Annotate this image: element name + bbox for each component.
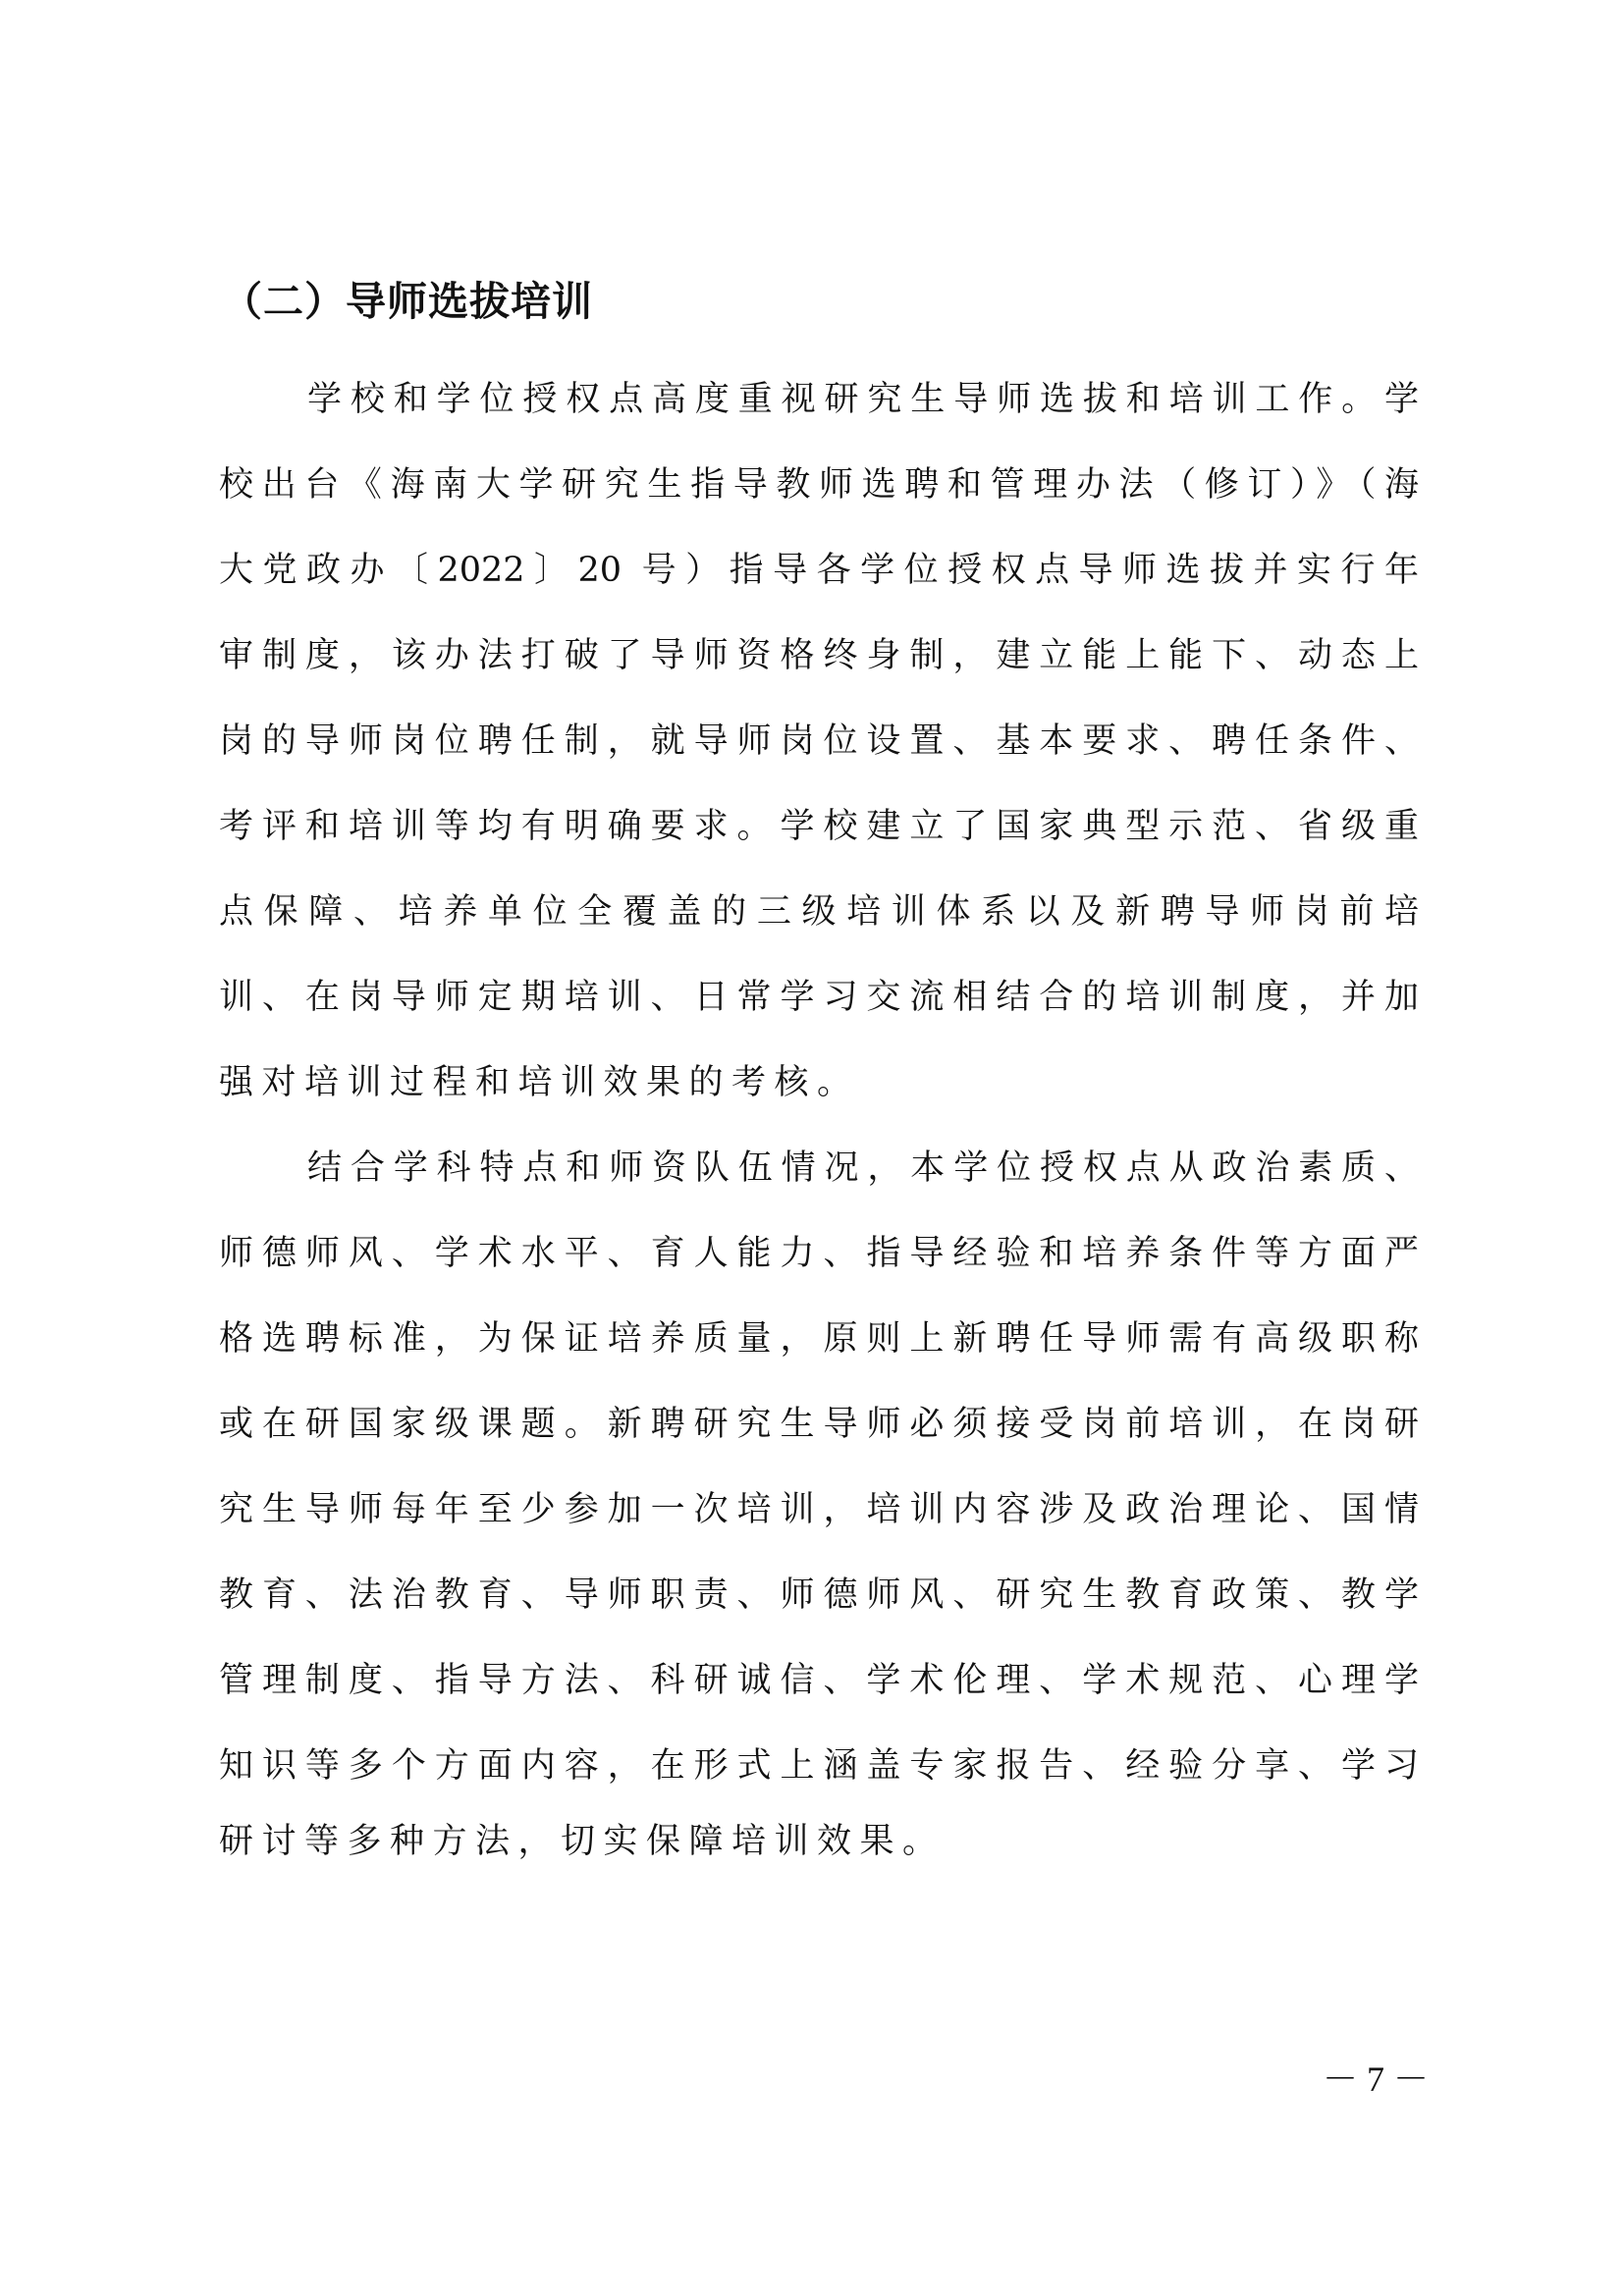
page-number: － 7 － [1322,2052,1430,2102]
paragraph-line: 格选聘标准，为保证培养质量，原则上新聘任导师需有高级职称 [219,1309,1419,1368]
paragraph-line: 知识等多个方面内容，在形式上涵盖专家报告、经验分享、学习 [219,1736,1419,1795]
paragraph-line: 大党政办〔2022〕20 号）指导各学位授权点导师选拔并实行年 [219,541,1419,600]
paragraph-line: 考评和培训等均有明确要求。学校建立了国家典型示范、省级重 [219,797,1419,856]
paragraph-line: 学校和学位授权点高度重视研究生导师选拔和培训工作。学 [307,370,1419,429]
paragraph-line: 师德师风、学术水平、育人能力、指导经验和培养条件等方面严 [219,1224,1419,1283]
paragraph-line: 教育、法治教育、导师职责、师德师风、研究生教育政策、教学 [219,1566,1419,1625]
paragraph-line: 管理制度、指导方法、科研诚信、学术伦理、学术规范、心理学 [219,1651,1419,1710]
paragraph-line: 结合学科特点和师资队伍情况，本学位授权点从政治素质、 [307,1139,1419,1198]
paragraph-line: 训、在岗导师定期培训、日常学习交流相结合的培训制度，并加 [219,968,1419,1027]
paragraph-line: 岗的导师岗位聘任制，就导师岗位设置、基本要求、聘任条件、 [219,712,1419,771]
paragraph-line: 校出台《海南大学研究生指导教师选聘和管理办法（修订）》（海 [219,455,1419,514]
paragraph-line: 强对培训过程和培训效果的考核。 [219,1053,1419,1112]
document-page: （二）导师选拔培训 学校和学位授权点高度重视研究生导师选拔和培训工作。学 校出台… [0,0,1624,2296]
paragraph-line: 或在研国家级课题。新聘研究生导师必须接受岗前培训，在岗研 [219,1395,1419,1454]
paragraph-line: 究生导师每年至少参加一次培训，培训内容涉及政治理论、国情 [219,1480,1419,1539]
paragraph-line: 研讨等多种方法，切实保障培训效果。 [219,1812,1419,1871]
paragraph-line: 点保障、培养单位全覆盖的三级培训体系以及新聘导师岗前培 [219,882,1419,941]
paragraph-line: 审制度，该办法打破了导师资格终身制，建立能上能下、动态上 [219,626,1419,685]
section-heading: （二）导师选拔培训 [222,269,593,327]
